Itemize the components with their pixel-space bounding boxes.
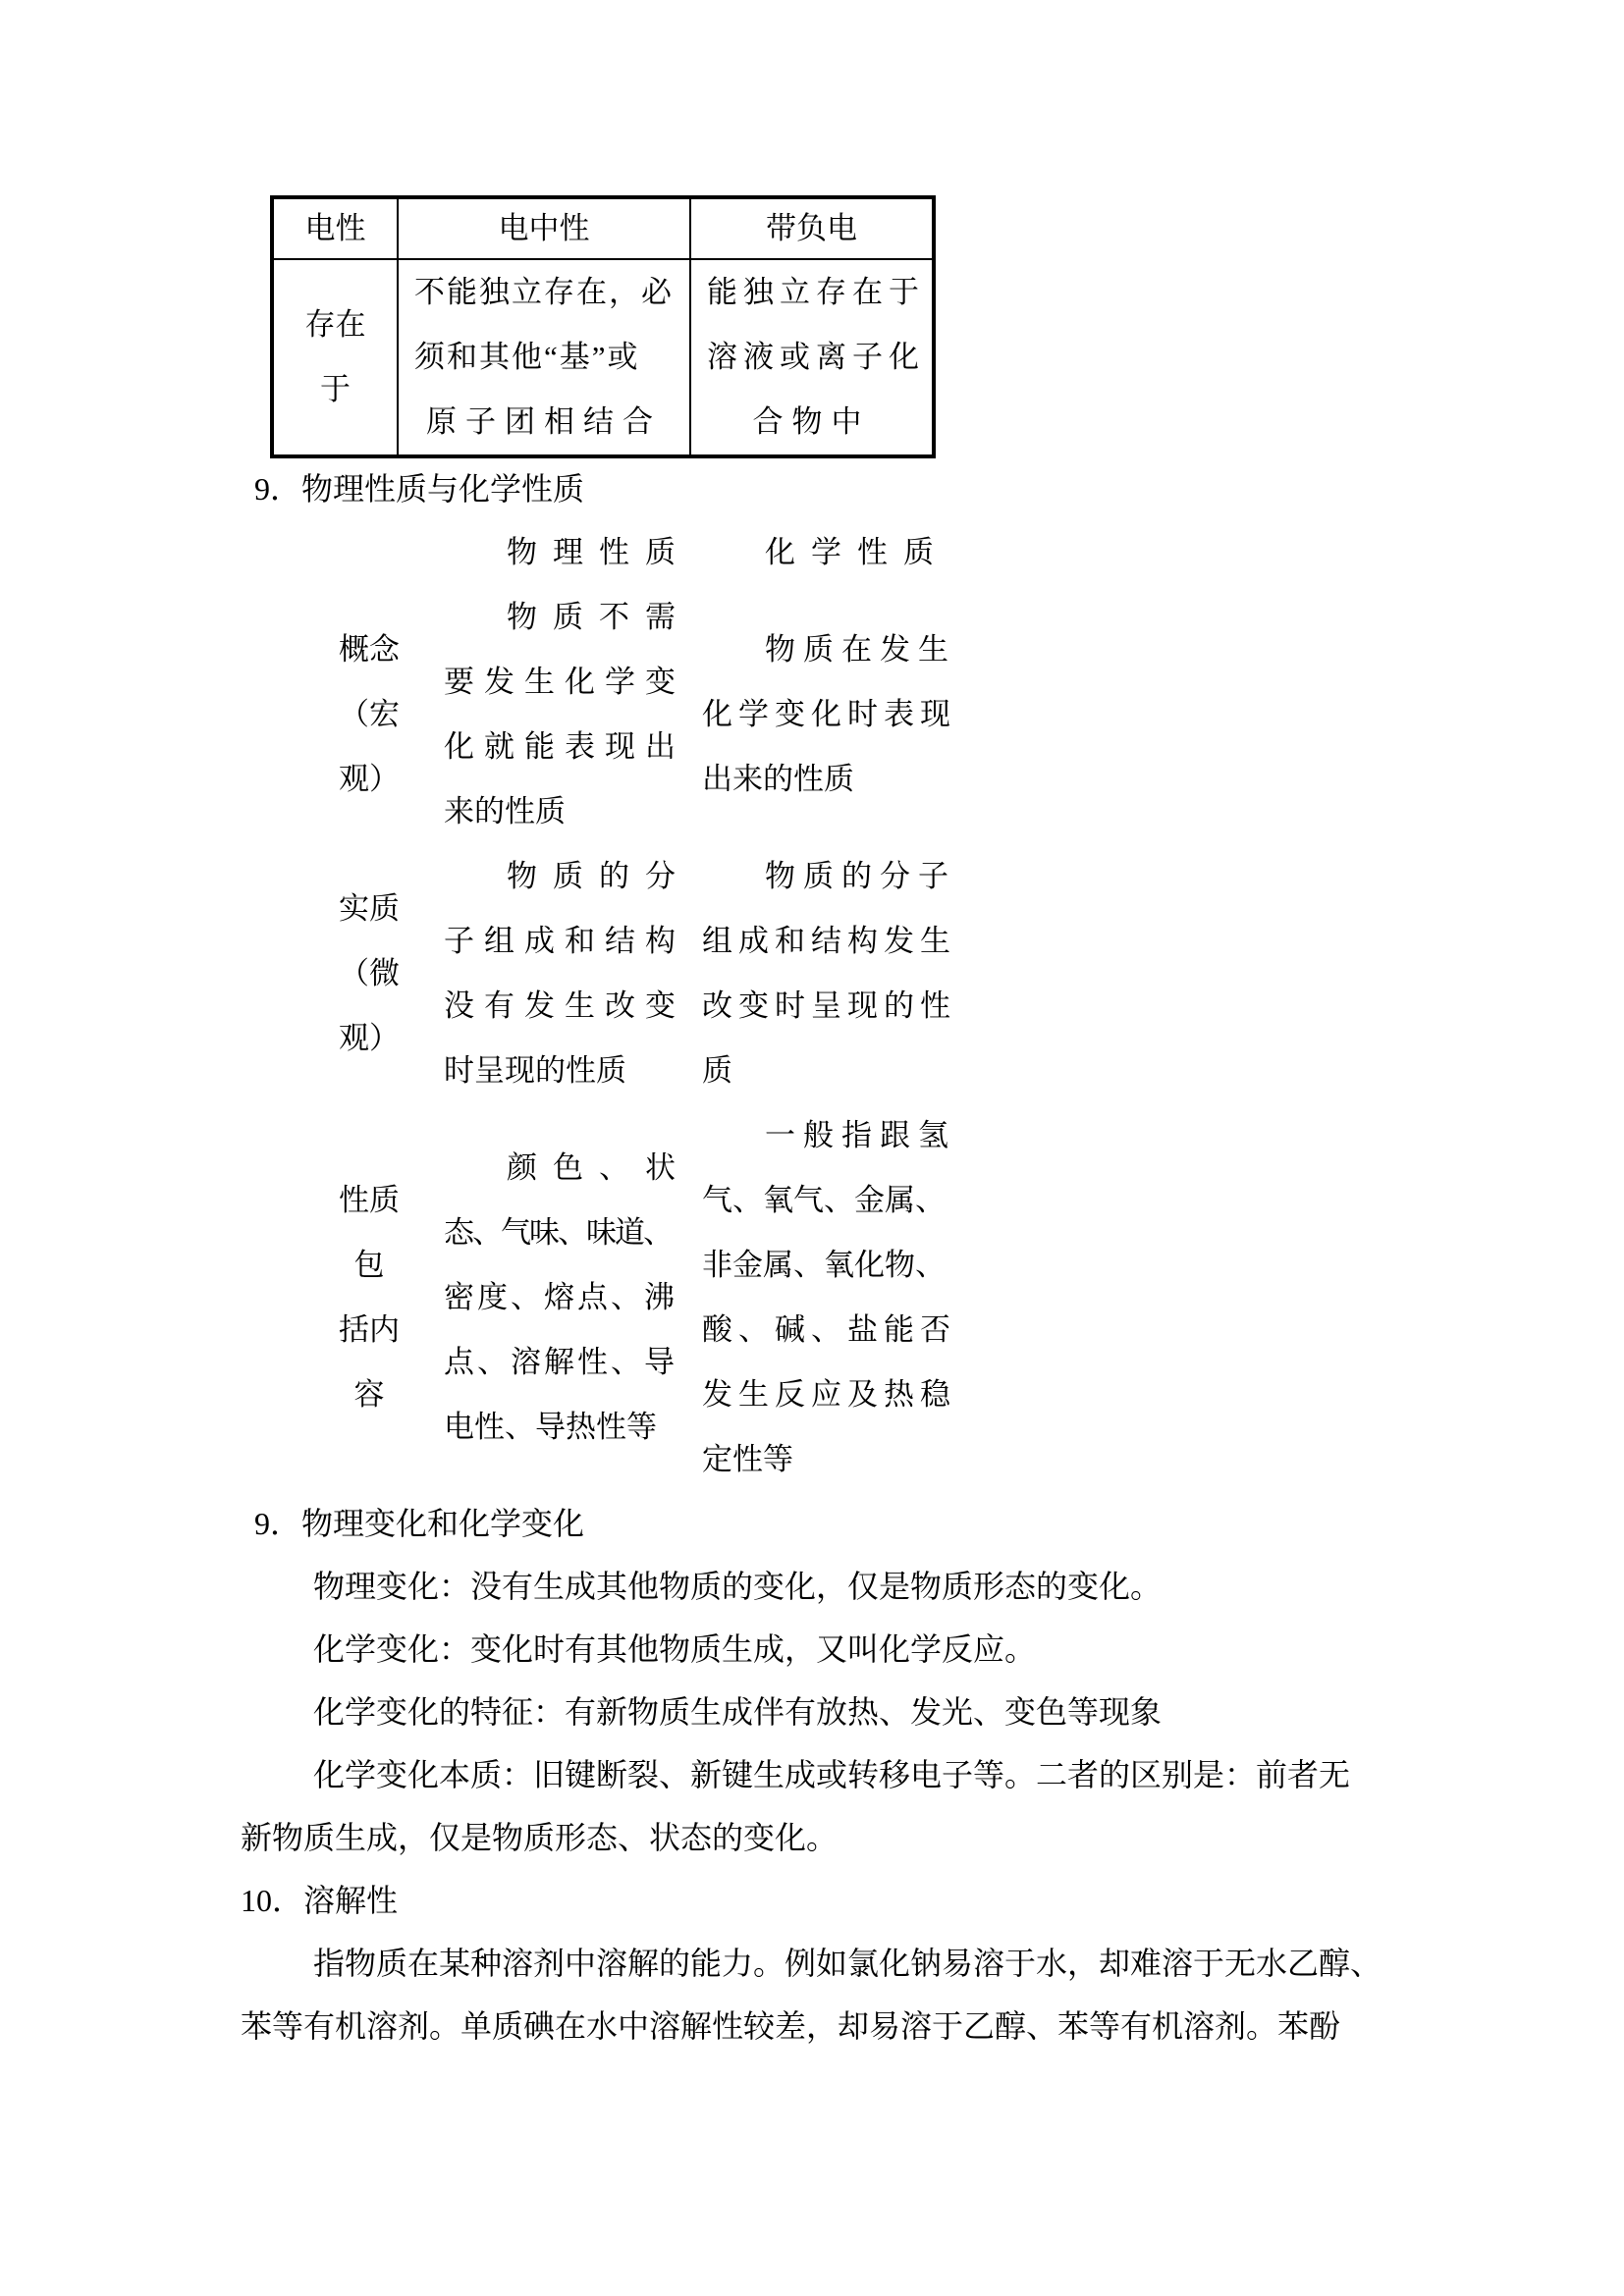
paragraph-line: 化学变化：变化时有其他物质生成，又叫化学反应。 — [241, 1618, 1382, 1681]
charge-table-body-row: 存在 于 不能独立存在，必 须和其他“基”或 原子团相结合 能独立存在于 溶液或… — [272, 259, 934, 456]
paragraph-line: 化学变化的特征：有新物质生成伴有放热、发光、变色等现象 — [241, 1681, 1382, 1743]
section-heading-properties: 9．物理性质与化学性质 — [254, 457, 1382, 520]
text-line: 能独立存在于 — [707, 260, 916, 325]
text-line: 括内 — [314, 1298, 424, 1362]
section-heading-changes: 9．物理变化和化学变化 — [254, 1492, 1382, 1555]
paragraph-line: 苯等有机溶剂。单质碘在水中溶解性较差，却易溶于乙醇、苯等有机溶剂。苯酚 — [241, 1995, 1382, 2057]
text-line: （微 — [314, 941, 424, 1006]
matrix-chemical-cell: 物质在发生 化学变化时表现 出来的性质 — [702, 617, 950, 812]
matrix-label-cell: 性质 包 括内 容 — [314, 1168, 424, 1427]
neutral-cell: 不能独立存在，必 须和其他“基”或 原子团相结合 — [398, 259, 690, 456]
properties-matrix: 物理性质 化学性质 概念 （宏 观） 物质不需 要发生化学变 化就能表现出 来的… — [314, 520, 1382, 1492]
matrix-physical-cell: 物质的分 子组成和结构 没有发生改变 时呈现的性质 — [444, 844, 676, 1103]
charge-table-header-cell: 带负电 — [690, 197, 934, 259]
text-line: 化学变化时表现 — [702, 682, 950, 747]
matrix-header-row: 物理性质 化学性质 — [314, 520, 1382, 585]
text-line: 合物中 — [707, 390, 916, 454]
text-line: 出来的性质 — [702, 747, 950, 812]
text-line: 物质的分子 — [702, 844, 950, 909]
charge-table-header-row: 电性 电中性 带负电 — [272, 197, 934, 259]
text-line: 密度、熔点、沸 — [444, 1265, 676, 1330]
table-header-text: 电中性 — [399, 199, 689, 258]
column-header-physical: 物理性质 — [444, 520, 676, 585]
matrix-row-concept: 概念 （宏 观） 物质不需 要发生化学变 化就能表现出 来的性质 物质在发生 化… — [314, 585, 1382, 844]
matrix-chemical-cell: 一般指跟氢 气、氧气、金属、 非金属、氧化物、 酸、碱、盐能否 发生反应及热稳 … — [702, 1103, 950, 1492]
column-header-chemical: 化学性质 — [702, 520, 950, 585]
text-line: 气、氧气、金属、 — [702, 1168, 950, 1233]
text-line: （宏 — [314, 682, 424, 747]
text-line: 不能独立存在，必 — [414, 260, 674, 325]
negative-cell: 能独立存在于 溶液或离子化 合物中 — [690, 259, 934, 456]
text-line: 须和其他“基”或 — [414, 325, 674, 390]
matrix-physical-cell: 物质不需 要发生化学变 化就能表现出 来的性质 — [444, 585, 676, 844]
text-line: 观） — [314, 1006, 424, 1071]
document-page: 电性 电中性 带负电 存在 于 不能独立存在，必 须和其他“基”或 原子团相结合 — [0, 0, 1624, 2296]
text-line: 发生反应及热稳 — [702, 1362, 950, 1427]
text-line: 观） — [314, 747, 424, 812]
text-line: 概念 — [314, 617, 424, 682]
document-body: 9．物理性质与化学性质 物理性质 化学性质 概念 （宏 观） 物质不 — [241, 457, 1382, 2057]
section-heading-solubility: 10．溶解性 — [241, 1869, 1382, 1932]
text-line: 颜色、状 — [444, 1136, 676, 1201]
matrix-physical-cell: 物理性质 — [444, 520, 676, 585]
text-line: 定性等 — [702, 1427, 950, 1492]
charge-table: 电性 电中性 带负电 存在 于 不能独立存在，必 须和其他“基”或 原子团相结合 — [270, 195, 936, 458]
text-line: 性质 — [314, 1168, 424, 1233]
table-header-text: 带负电 — [691, 199, 932, 258]
text-line: 点、溶解性、导 — [444, 1330, 676, 1395]
table-header-text: 电性 — [274, 199, 397, 258]
paragraph-line: 化学变化本质：旧键断裂、新键生成或转移电子等。二者的区别是：前者无 — [241, 1743, 1382, 1806]
text-line: 质 — [702, 1039, 950, 1103]
text-line: 存在 — [274, 293, 397, 357]
text-line: 物质不需 — [444, 585, 676, 650]
text-line: 包 — [314, 1233, 424, 1298]
text-line: 酸、碱、盐能否 — [702, 1298, 950, 1362]
matrix-row-essence: 实质 （微 观） 物质的分 子组成和结构 没有发生改变 时呈现的性质 物质的分子… — [314, 844, 1382, 1103]
text-line: 改变时呈现的性 — [702, 974, 950, 1039]
matrix-chemical-cell: 化学性质 — [702, 520, 950, 585]
matrix-label-cell: 概念 （宏 观） — [314, 617, 424, 812]
charge-table-header-cell: 电性 — [272, 197, 398, 259]
text-line: 子组成和结构 — [444, 909, 676, 974]
text-line: 一般指跟氢 — [702, 1103, 950, 1168]
charge-table-header-cell: 电中性 — [398, 197, 690, 259]
matrix-physical-cell: 颜色、状 态、气味、味道、 密度、熔点、沸 点、溶解性、导 电性、导热性等 — [444, 1136, 676, 1460]
text-line: 态、气味、味道、 — [444, 1201, 676, 1265]
text-line: 化就能表现出 — [444, 715, 676, 779]
paragraph-line: 物理变化：没有生成其他物质的变化，仅是物质形态的变化。 — [241, 1555, 1382, 1618]
text-line: 非金属、氧化物、 — [702, 1233, 950, 1298]
text-line: 电性、导热性等 — [444, 1395, 676, 1460]
matrix-chemical-cell: 物质的分子 组成和结构发生 改变时呈现的性 质 — [702, 844, 950, 1103]
text-line: 要发生化学变 — [444, 650, 676, 715]
text-line: 时呈现的性质 — [444, 1039, 676, 1103]
text-line: 溶液或离子化 — [707, 325, 916, 390]
text-line: 来的性质 — [444, 779, 676, 844]
text-line: 实质 — [314, 877, 424, 941]
matrix-row-scope: 性质 包 括内 容 颜色、状 态、气味、味道、 密度、熔点、沸 点、溶解性、导 … — [314, 1103, 1382, 1492]
text-line: 于 — [274, 357, 397, 422]
matrix-label-cell: 实质 （微 观） — [314, 877, 424, 1071]
text-line: 没有发生改变 — [444, 974, 676, 1039]
text-line: 物质的分 — [444, 844, 676, 909]
row-label-cell: 存在 于 — [272, 259, 398, 456]
text-line: 物质在发生 — [702, 617, 950, 682]
paragraph-line: 指物质在某种溶剂中溶解的能力。例如氯化钠易溶于水，却难溶于无水乙醇、 — [241, 1932, 1382, 1995]
text-line: 容 — [314, 1362, 424, 1427]
text-line: 组成和结构发生 — [702, 909, 950, 974]
text-line: 原子团相结合 — [414, 390, 674, 454]
paragraph-line: 新物质生成，仅是物质形态、状态的变化。 — [241, 1806, 1382, 1869]
